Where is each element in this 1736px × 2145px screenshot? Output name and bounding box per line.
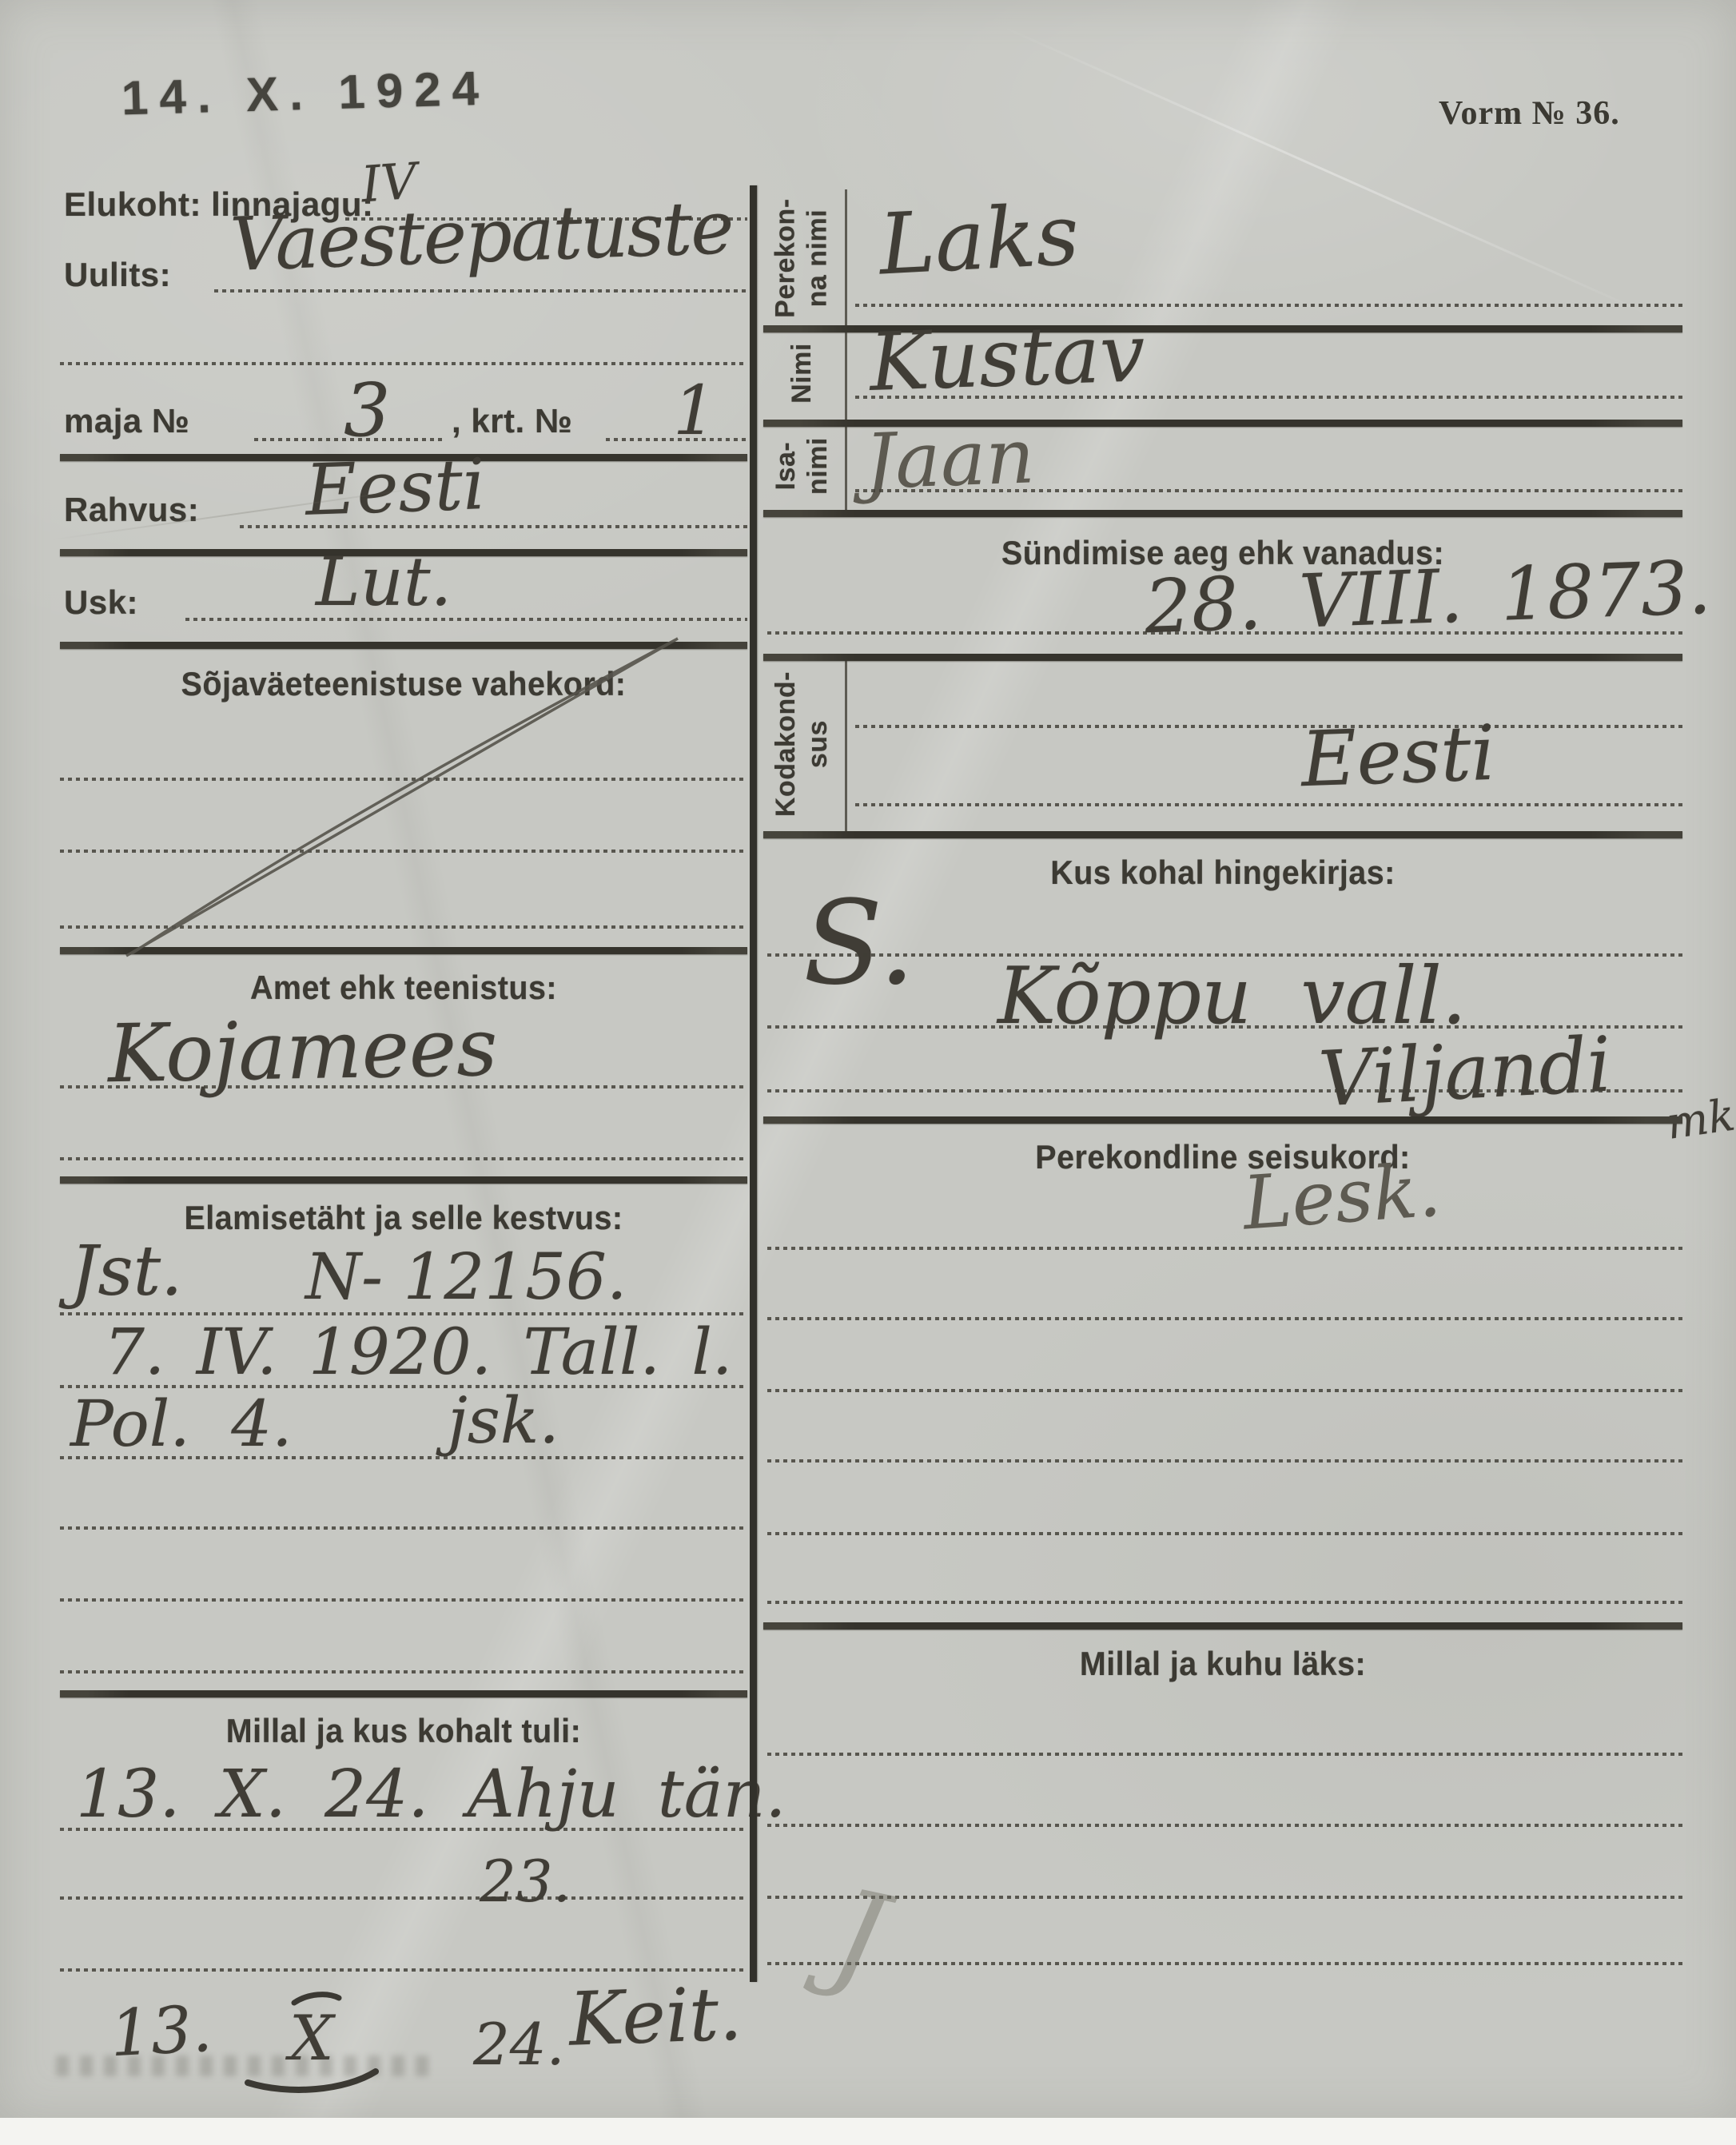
scanned-form-page: 14. X. 1924 Vorm № 36. Elukoht: linnajag… [0,0,1736,2118]
crossout-stroke [126,639,678,956]
underline-flourish [248,2071,376,2090]
ink-strokes-overlay [0,0,1736,2145]
macron-stroke [294,1995,339,2003]
scan-background-edge [0,2118,1736,2145]
